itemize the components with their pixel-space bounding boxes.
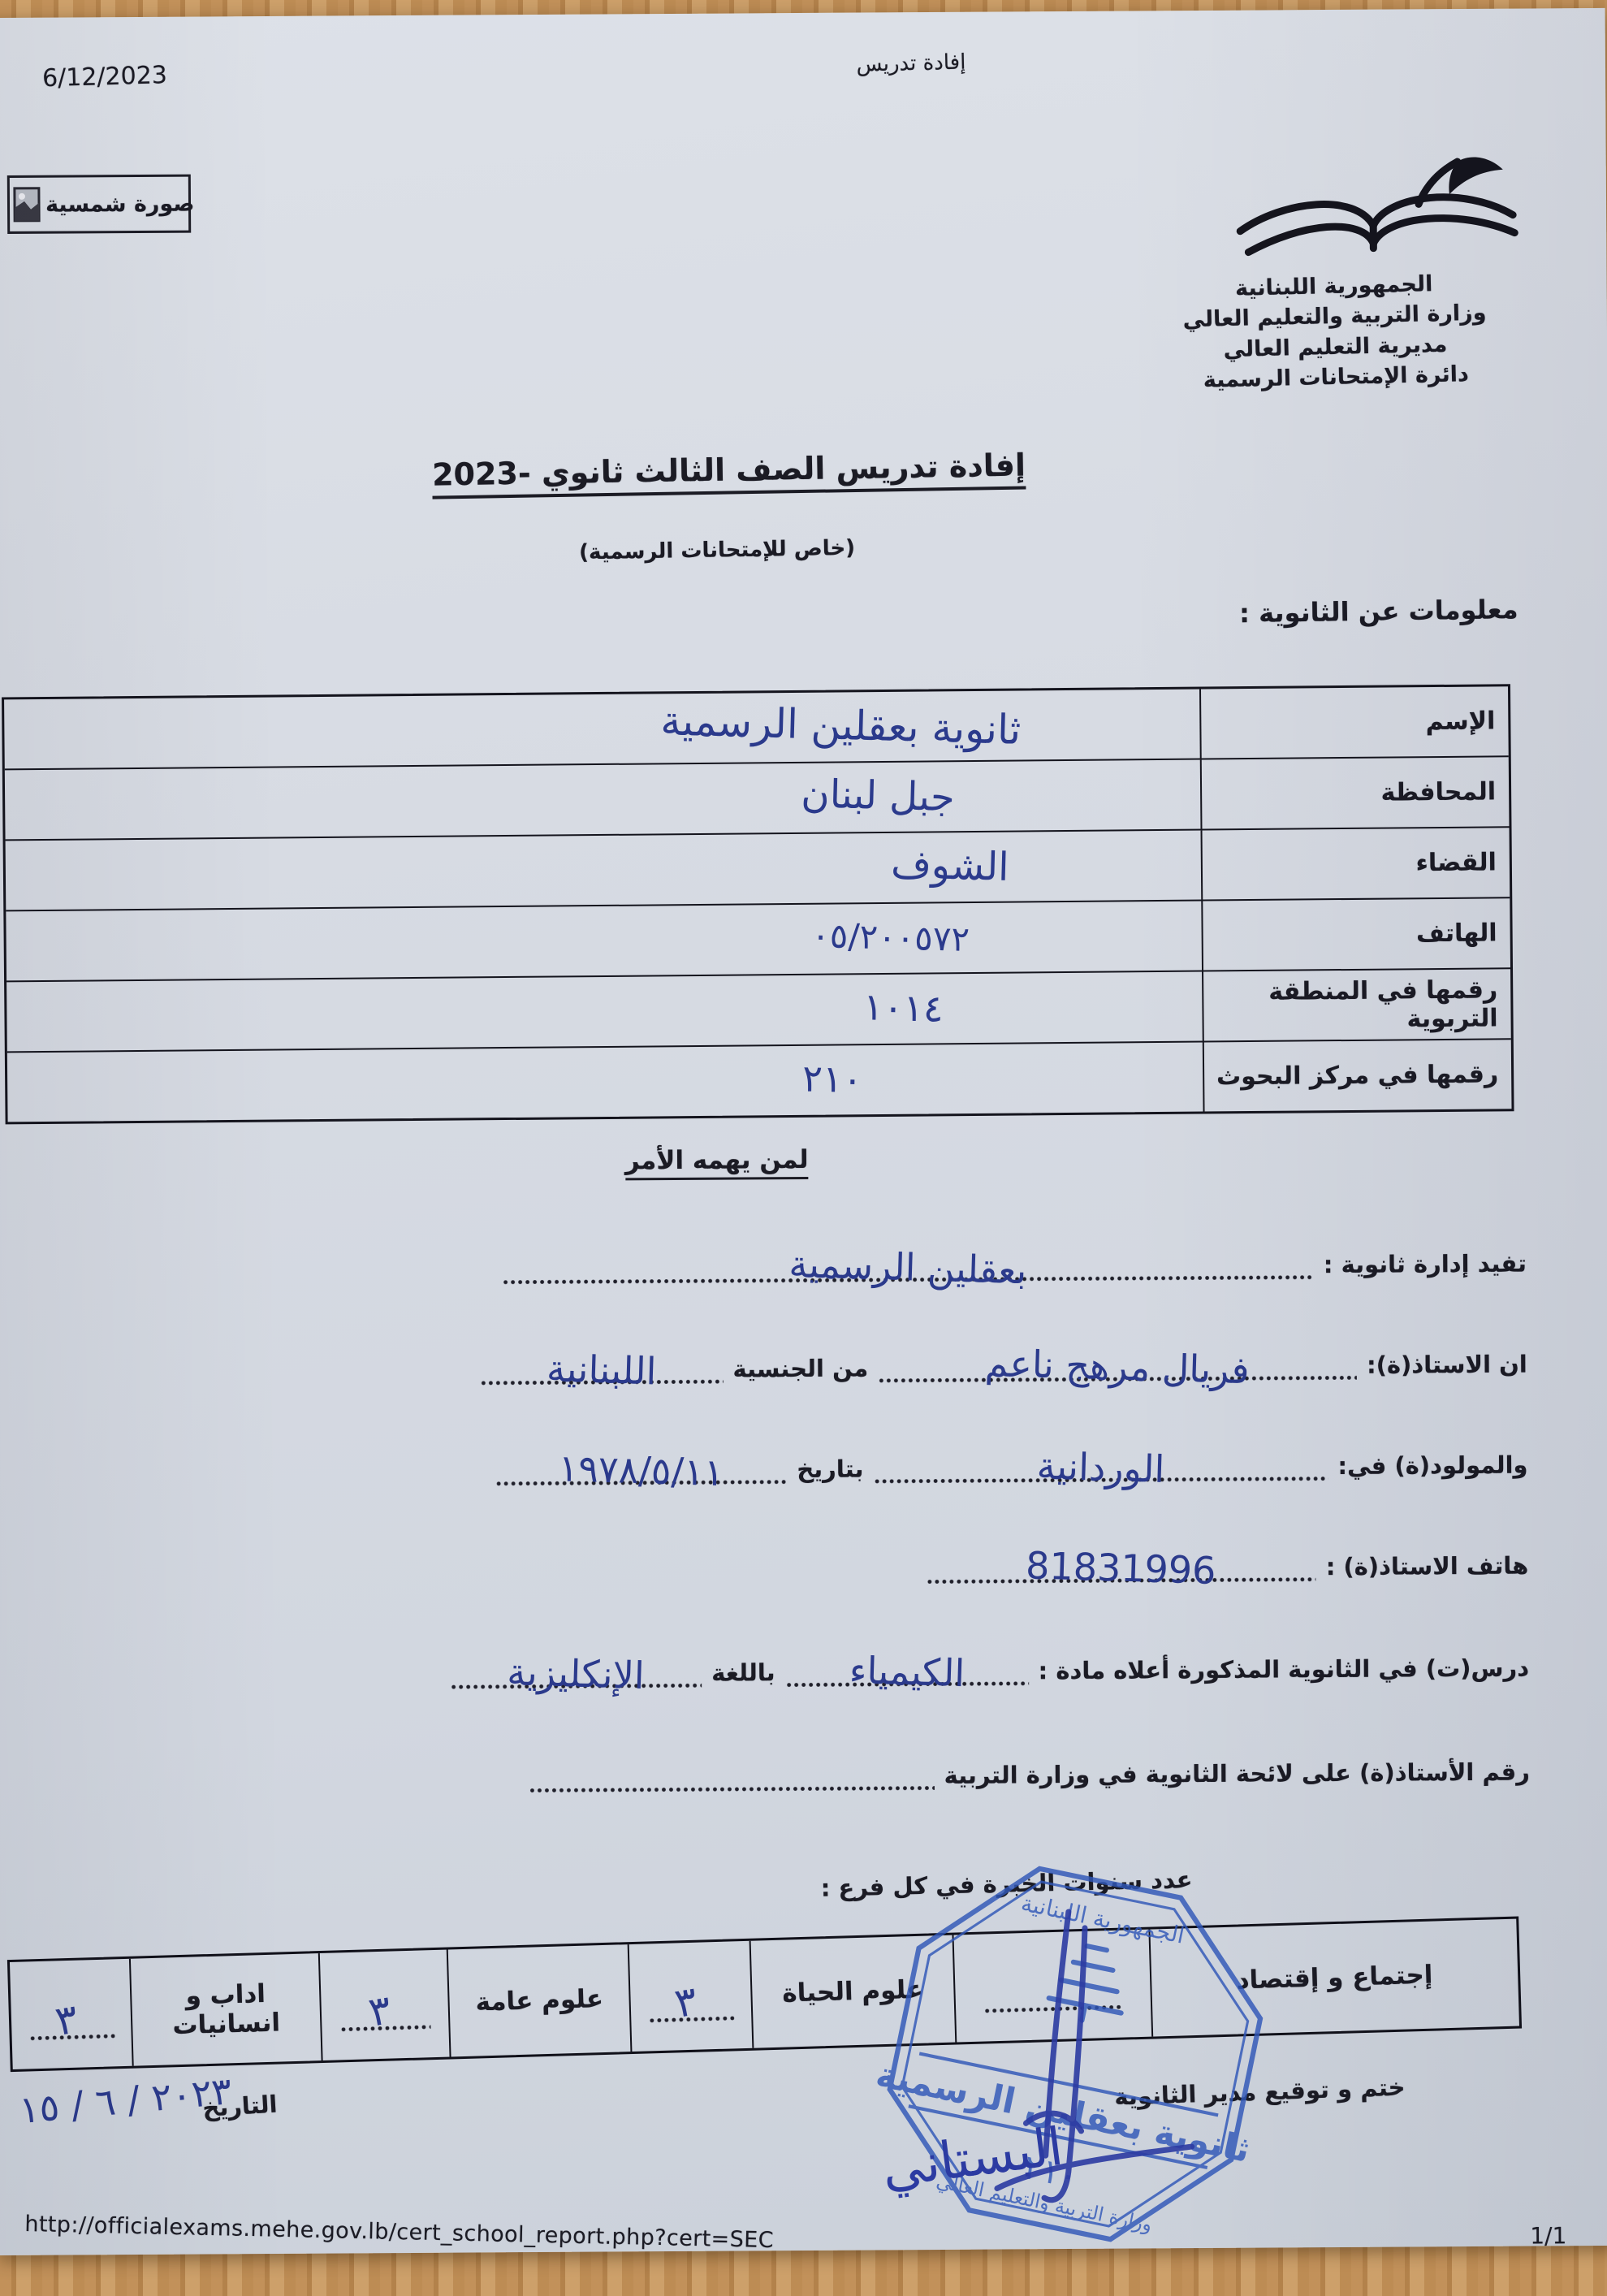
- column-label-general-sciences: علوم عامة: [447, 1944, 631, 2056]
- dotted-line: ١٩٧٨/٥/١١: [495, 1477, 787, 1486]
- attestation-line-roster-number: رقم الأستاذ(ة) على لائحة الثانوية في وزا…: [528, 1758, 1529, 1794]
- dotted-line: [529, 1783, 935, 1793]
- attestation-line-birth: والمولود(ة) في: الوردانية بتاريخ ١٩٧٨/٥/…: [495, 1451, 1527, 1487]
- attestation-line-subject: درس(ت) في الثانوية المذكورة أعلاه مادة :…: [450, 1654, 1529, 1690]
- dotted-line: الإنكليزية: [450, 1680, 702, 1690]
- handwritten-subject: الكيمياء: [849, 1648, 965, 1695]
- school-info-heading: معلومات عن الثانوية :: [1238, 594, 1518, 629]
- handwritten-school-name: بعقلين الرسمية: [788, 1242, 1027, 1292]
- print-header-title: إفادة تدريس: [814, 49, 1009, 78]
- table-row: رقمها في المنطقة التربوية ١٠١٤: [6, 967, 1511, 1051]
- dotted-line: فريال مرهج ناعم: [878, 1373, 1357, 1384]
- row-value-governorate: جبل لبنان: [5, 760, 1201, 840]
- handwritten-language: الإنكليزية: [507, 1650, 646, 1697]
- row-label-phone: الهاتف: [1201, 898, 1510, 970]
- concern-heading: لمن يهمه الأمر: [0, 1141, 1441, 1179]
- table-row: الإسم ثانوية بعقلين الرسمية: [4, 686, 1509, 768]
- table-row: رقمها في مركز البحوث ٢١٠: [7, 1038, 1512, 1122]
- row-label-governorate: المحافظة: [1200, 757, 1510, 828]
- attestation-line-teacher: ان الاستاذ(ة): فريال مرهج ناعم من الجنسي…: [479, 1351, 1527, 1386]
- print-header-date: 6/12/2023: [42, 61, 168, 93]
- row-value-district: الشوف: [6, 831, 1202, 910]
- footer-url: http://officialexams.mehe.gov.lb/cert_sc…: [24, 2212, 774, 2253]
- table-row: القضاء الشوف: [6, 826, 1510, 910]
- row-value-name: ثانوية بعقلين الرسمية: [4, 690, 1200, 769]
- stamp-ring-top-text: الجمهورية اللبنانية: [1019, 1889, 1187, 1949]
- row-label-research-center-number: رقمها في مركز البحوث: [1203, 1040, 1512, 1111]
- dotted-line: اللبنانية: [479, 1377, 723, 1386]
- dotted-line: 81831996: [927, 1574, 1316, 1585]
- dotted-line: الكيمياء: [785, 1678, 1029, 1688]
- row-value-phone: ٠٥/٢٠٠٥٧٢: [6, 902, 1202, 981]
- attestation-line-school: تفيد إدارة ثانوية : بعقلين الرسمية: [502, 1250, 1527, 1286]
- column-value-literature-humanities: ٣: [10, 1959, 132, 2069]
- school-info-table: الإسم ثانوية بعقلين الرسمية المحافظة جبل…: [2, 684, 1514, 1124]
- table-row: المحافظة جبل لبنان: [5, 755, 1510, 839]
- row-value-educational-zone-number: ١٠١٤: [6, 972, 1203, 1052]
- column-value-general-sciences: ٣: [318, 1950, 449, 2061]
- document-subtitle: (خاص للإمتحانات الرسمية): [0, 526, 1446, 575]
- dotted-line: بعقلين الرسمية: [502, 1272, 1314, 1285]
- photo-placeholder-label: صورة شمسية: [45, 191, 195, 217]
- attestation-line-teacher-phone: هاتف الاستاذ(ة) : 81831996: [927, 1552, 1529, 1585]
- column-label-literature-humanities: اداب و انسانيات: [129, 1953, 321, 2066]
- table-row: الهاتف ٠٥/٢٠٠٥٧٢: [6, 897, 1510, 980]
- school-stamp: الجمهورية اللبنانية ثانوية بعقلين الرسمي…: [871, 1839, 1280, 2260]
- row-value-research-center-number: ٢١٠: [7, 1043, 1203, 1122]
- photo-placeholder: صورة شمسية: [7, 175, 191, 234]
- scanned-paper: 6/12/2023 إفادة تدريس صورة شمسية: [0, 8, 1607, 2255]
- open-book-quill-logo: [1227, 152, 1525, 272]
- row-label-name: الإسم: [1199, 686, 1509, 758]
- row-label-district: القضاء: [1201, 828, 1510, 899]
- broken-image-icon: [13, 187, 41, 223]
- handwritten-teacher-phone: 81831996: [1026, 1543, 1217, 1593]
- handwritten-teacher-name: فريال مرهج ناعم: [985, 1341, 1251, 1392]
- handwritten-birthplace: الوردانية: [1036, 1444, 1165, 1492]
- column-value-life-sciences: ٣: [628, 1941, 752, 2052]
- footer-page-number: 1/1: [1530, 2222, 1566, 2249]
- handwritten-date: ٢٠٢٣ / ٦ / ١٥: [17, 2069, 233, 2132]
- handwritten-birthdate: ١٩٧٨/٥/١١: [558, 1446, 724, 1494]
- row-label-educational-zone-number: رقمها في المنطقة التربوية: [1202, 969, 1511, 1040]
- ministry-header: الجمهورية اللبنانية وزارة التربية والتعل…: [1098, 266, 1571, 398]
- handwritten-nationality: اللبنانية: [546, 1347, 657, 1394]
- document-title: إفادة تدريس الصف الثالث ثانوي -2023: [0, 439, 1470, 499]
- dotted-line: الوردانية: [873, 1473, 1328, 1484]
